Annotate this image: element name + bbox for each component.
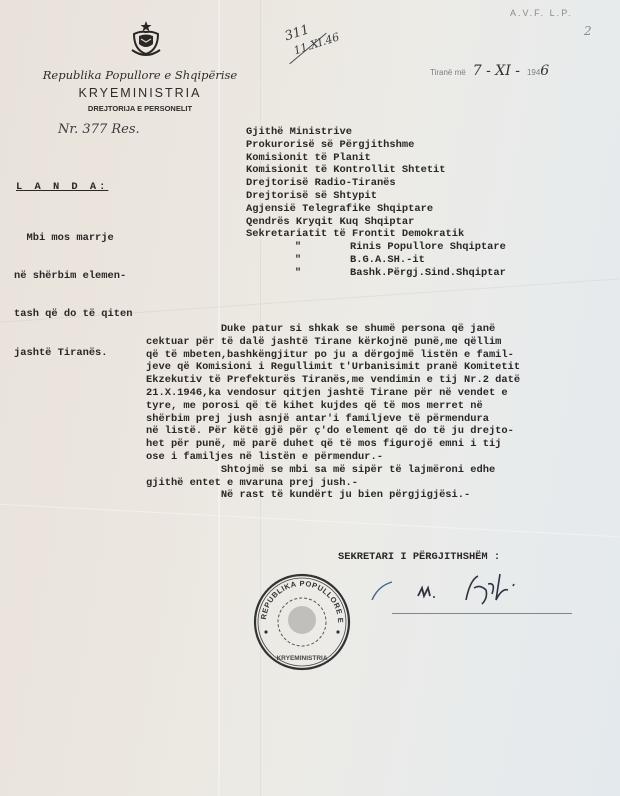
recipient-name: Drejtorisë Radio-Tiranës bbox=[246, 177, 396, 189]
body-line: shërbim prej jush asnjë antar'i familjev… bbox=[146, 413, 520, 426]
recipient-name: Sekretariatit të Frontit Demokratik bbox=[246, 228, 464, 240]
recipient-item: Qendrës Kryqit Kuq Shqiptar bbox=[246, 216, 506, 229]
subject-line: tash që do të qiten bbox=[14, 308, 132, 321]
recipient-item: "Bashk.Përgj.Sind.Shqiptar bbox=[246, 267, 506, 280]
registration-stamp: 311 11.XI.46 bbox=[283, 14, 342, 60]
ditto-mark: " bbox=[246, 267, 350, 280]
ditto-mark: " bbox=[246, 254, 350, 267]
recipient-name: Drejtorisë së Shtypit bbox=[246, 190, 377, 202]
paper-crease bbox=[0, 504, 619, 537]
date-year-prefix: 194 bbox=[527, 68, 540, 77]
signature-icon bbox=[370, 570, 550, 610]
letterhead-ministry: KRYEMINISTRIA bbox=[30, 86, 250, 100]
body-line: që të mbeten,bashkëngjitur po ju a dërgo… bbox=[146, 349, 520, 362]
recipient-name: Qendrës Kryqit Kuq Shqiptar bbox=[246, 216, 414, 228]
date-prefix: Tiranë më bbox=[430, 68, 466, 77]
signature-line bbox=[392, 613, 572, 614]
subject-line: në shërbim elemen- bbox=[14, 270, 132, 283]
date-year-digit: 6 bbox=[540, 63, 549, 79]
body-line: jeve që Komisioni i Regullimit t'Urbanis… bbox=[146, 361, 520, 374]
reference-number: Nr. 377 Res. bbox=[58, 122, 140, 137]
recipient-name: Komisionit të Planit bbox=[246, 152, 371, 164]
recipient-name: Agjensië Telegrafike Shqiptare bbox=[246, 203, 433, 215]
body-line: gjithë entet e mvaruna prej jush.- bbox=[146, 477, 520, 490]
recipient-item: Komisionit të Planit bbox=[246, 152, 506, 165]
recipient-name: Rinis Popullore Shqiptare bbox=[350, 241, 506, 253]
letterhead-republic: Republika Popullore e Shqipërise bbox=[30, 68, 250, 82]
recipient-item: "Rinis Popullore Shqiptare bbox=[246, 241, 506, 254]
recipient-item: Prokurorisë së Përgjithshme bbox=[246, 139, 506, 152]
body-line: het për punë, më parë duhet që të mos fi… bbox=[146, 438, 520, 451]
recipient-name: Komisionit të Kontrollit Shtetit bbox=[246, 164, 446, 176]
recipient-name: B.G.A.SH.-it bbox=[350, 254, 425, 266]
recipient-list: Gjithë MinistriveProkurorisë së Përgjith… bbox=[246, 126, 506, 280]
recipient-item: Komisionit të Kontrollit Shtetit bbox=[246, 164, 506, 177]
signatory-title: SEKRETARI I PËRGJITHSHËM : bbox=[338, 551, 500, 564]
document-date: Tiranë më 7 - XI - 1946 bbox=[430, 63, 549, 79]
svg-text:KRYEMINISTRIA: KRYEMINISTRIA bbox=[276, 655, 327, 662]
body-line: Ekzekutiv të Prefekturës Tiranës,me vend… bbox=[146, 374, 520, 387]
body-line: cektuar për të dalë jashtë Tirane kërkoj… bbox=[146, 336, 520, 349]
body-line: ose i familjes në listën e përmendur.- bbox=[146, 451, 520, 464]
archive-mark: A.V.F. L.P. bbox=[510, 8, 573, 18]
recipient-item: Drejtorisë Radio-Tiranës bbox=[246, 177, 506, 190]
subject-heading: L A N D A: bbox=[16, 181, 108, 194]
body-line: tyre, me porosi që të kihet kujdes që të… bbox=[146, 400, 520, 413]
date-day-month: 7 - XI - bbox=[473, 63, 520, 79]
letterhead-directorate: DREJTORIJA E PERSONELIT bbox=[30, 104, 250, 113]
letter-body: Duke patur si shkak se shumë persona që … bbox=[146, 323, 520, 502]
emblem-icon bbox=[128, 20, 164, 58]
recipient-name: Prokurorisë së Përgjithshme bbox=[246, 139, 414, 151]
recipient-name: Gjithë Ministrive bbox=[246, 126, 352, 138]
recipient-item: Drejtorisë së Shtypit bbox=[246, 190, 506, 203]
subject-line: Mbi mos marrje bbox=[14, 232, 132, 245]
recipient-item: "B.G.A.SH.-it bbox=[246, 254, 506, 267]
page-number: 2 bbox=[584, 24, 592, 38]
recipient-name: Bashk.Përgj.Sind.Shqiptar bbox=[350, 267, 506, 279]
recipient-item: Sekretariatit të Frontit Demokratik bbox=[246, 228, 506, 241]
subject-text: Mbi mos marrje në shërbim elemen- tash q… bbox=[14, 206, 132, 372]
body-line: 21.X.1946,ka vendosur qitjen jashtë Tira… bbox=[146, 387, 520, 400]
body-line: Shtojmë se mbi sa më sipër të lajmëroni … bbox=[146, 464, 520, 477]
body-line: Duke patur si shkak se shumë persona që … bbox=[146, 323, 520, 336]
official-stamp-icon: REPUBLIKA POPULLORE E SHQIPËRISË KRYEMIN… bbox=[252, 570, 352, 674]
ditto-mark: " bbox=[246, 241, 350, 254]
recipient-item: Agjensië Telegrafike Shqiptare bbox=[246, 203, 506, 216]
body-line: në listë. Për këtë gjë për ç'do element … bbox=[146, 425, 520, 438]
recipient-item: Gjithë Ministrive bbox=[246, 126, 506, 139]
body-line: Në rast të kundërt ju bien përgjigjësi.- bbox=[146, 489, 520, 502]
subject-line: jashtë Tiranës. bbox=[14, 347, 132, 360]
